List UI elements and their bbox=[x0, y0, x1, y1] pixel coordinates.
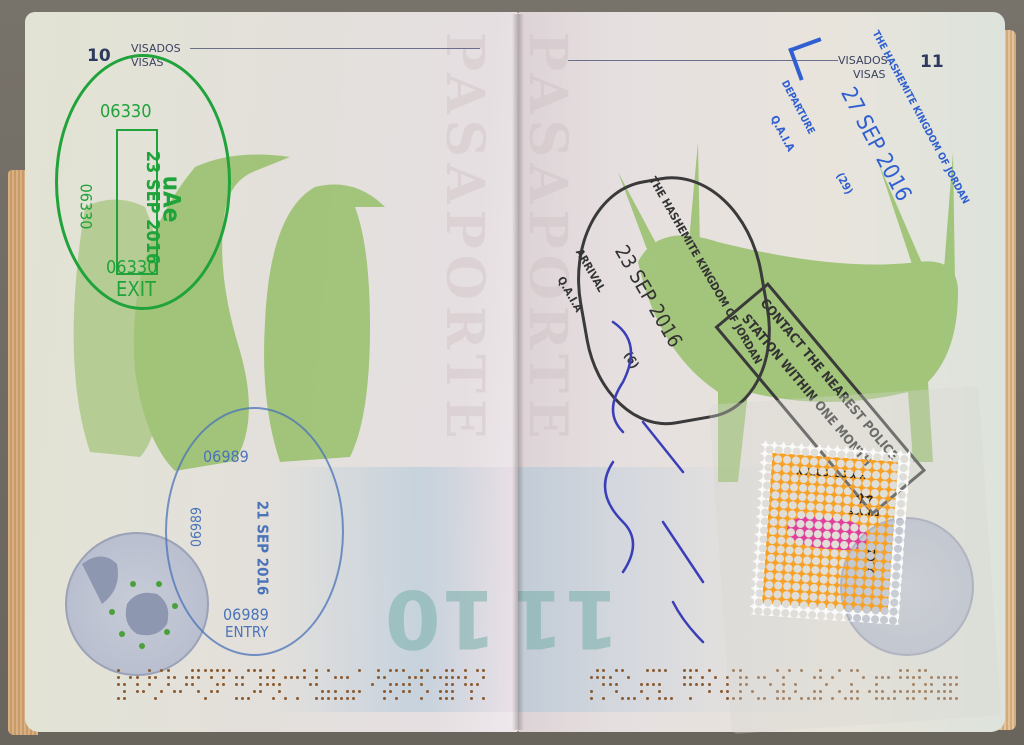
perforation-dot bbox=[420, 683, 423, 686]
perforation-dot bbox=[640, 690, 643, 693]
perforation-dot bbox=[216, 669, 219, 672]
perforation-dot bbox=[658, 697, 661, 700]
perforation-dot bbox=[321, 690, 324, 693]
perforation-dot bbox=[235, 683, 238, 686]
perforation-dot bbox=[402, 683, 405, 686]
perforation-dot bbox=[315, 683, 318, 686]
perforation-dot bbox=[590, 676, 593, 679]
perforation-dot bbox=[241, 683, 244, 686]
perforation-dot bbox=[476, 683, 479, 686]
perforation-dot bbox=[303, 676, 306, 679]
perforation-dot bbox=[321, 697, 324, 700]
perforation-dot bbox=[439, 697, 442, 700]
perforation-dot bbox=[173, 690, 176, 693]
perforation-dot bbox=[457, 676, 460, 679]
perforation-dot bbox=[482, 697, 485, 700]
perforation-dot bbox=[377, 676, 380, 679]
perforation-dot bbox=[179, 690, 182, 693]
perforation-dot bbox=[596, 676, 599, 679]
perforation-dot bbox=[197, 690, 200, 693]
perforation-dot bbox=[272, 676, 275, 679]
perforation-dot bbox=[689, 683, 692, 686]
perforation-dot bbox=[470, 697, 473, 700]
perforation-dot bbox=[658, 683, 661, 686]
perforation-dot bbox=[464, 669, 467, 672]
perforation-dot bbox=[420, 676, 423, 679]
perforation-dot bbox=[259, 690, 262, 693]
perforation-dot bbox=[701, 683, 704, 686]
page-background-number: 10 bbox=[385, 572, 496, 665]
jordan-departure-stamp: THE HASHEMITE KINGDOM OF JORDAN 27 SEP 2… bbox=[773, 42, 973, 242]
perforation-dot bbox=[117, 697, 120, 700]
perforation-dot bbox=[296, 676, 299, 679]
perforation-dot bbox=[383, 697, 386, 700]
perforation-dot bbox=[346, 690, 349, 693]
perforation-dot bbox=[228, 669, 231, 672]
perforation-dot bbox=[652, 683, 655, 686]
perforation-dot bbox=[315, 669, 318, 672]
perforation-dot bbox=[136, 683, 139, 686]
perforation-dot bbox=[389, 683, 392, 686]
perforation-dot bbox=[191, 676, 194, 679]
perforation-dot bbox=[117, 676, 120, 679]
perforation-dot bbox=[154, 676, 157, 679]
perforation-dot bbox=[154, 697, 157, 700]
perforation-dot bbox=[340, 697, 343, 700]
perforation-dot bbox=[426, 690, 429, 693]
perforation-dot bbox=[247, 669, 250, 672]
uae-entry-stamp: 06989 21 SEP 2016 06989 06989 ENTRY bbox=[165, 407, 344, 656]
perforation-dot bbox=[303, 669, 306, 672]
perforation-dot bbox=[420, 697, 423, 700]
perforation-dot bbox=[148, 676, 151, 679]
perforation-dot bbox=[210, 676, 213, 679]
left-visa-page: PASAPORTE 10 VISADOS VISAS 10 06330 23 S… bbox=[25, 12, 518, 732]
perforation-dot bbox=[284, 697, 287, 700]
perforation-dot bbox=[395, 697, 398, 700]
perforation-dot bbox=[123, 690, 126, 693]
perforation-dot bbox=[327, 697, 330, 700]
perforation-dot bbox=[408, 690, 411, 693]
perforation-dot bbox=[185, 676, 188, 679]
perforation-dot bbox=[142, 690, 145, 693]
perforation-dot bbox=[445, 697, 448, 700]
perforation-dot bbox=[253, 690, 256, 693]
perforation-dot bbox=[389, 669, 392, 672]
perforation-dot bbox=[123, 683, 126, 686]
perforation-dot bbox=[358, 669, 361, 672]
perforation-dot bbox=[247, 697, 250, 700]
perforation-dot bbox=[627, 697, 630, 700]
passport-spine bbox=[512, 14, 524, 730]
perforation-dot bbox=[272, 697, 275, 700]
perforation-dot bbox=[464, 676, 467, 679]
perforation-dot bbox=[222, 669, 225, 672]
perforation-dot bbox=[241, 697, 244, 700]
perforation-dot bbox=[235, 676, 238, 679]
perforation-dot bbox=[117, 683, 120, 686]
perforation-dot bbox=[296, 697, 299, 700]
perforation-dot bbox=[633, 697, 636, 700]
perforation-dot bbox=[627, 676, 630, 679]
perforation-dot bbox=[402, 690, 405, 693]
stamp-value: 40 bbox=[855, 489, 874, 506]
perforation-dot bbox=[664, 697, 667, 700]
perforation-dot bbox=[191, 683, 194, 686]
perforation-dot bbox=[389, 690, 392, 693]
perforation-dot bbox=[167, 676, 170, 679]
handwritten-signature bbox=[583, 302, 733, 672]
perforation-dot bbox=[266, 676, 269, 679]
perforation-dot bbox=[204, 669, 207, 672]
perforation-dot bbox=[358, 690, 361, 693]
perforation-dot bbox=[352, 697, 355, 700]
perforation-dot bbox=[470, 690, 473, 693]
perforation-dot bbox=[185, 683, 188, 686]
perforation-dot bbox=[640, 683, 643, 686]
perforation-dot bbox=[464, 683, 467, 686]
perforation-dot bbox=[408, 683, 411, 686]
perforation-dot bbox=[602, 697, 605, 700]
perforation-dot bbox=[383, 676, 386, 679]
perforation-dot bbox=[714, 676, 717, 679]
uae-exit-stamp: 06330 23 SEP 2016 uAe 06330 06330 EXIT bbox=[55, 54, 231, 310]
page-number: 10 bbox=[87, 46, 111, 66]
perforated-passport-number bbox=[115, 667, 486, 702]
perforation-dot bbox=[395, 683, 398, 686]
perforation-dot bbox=[327, 690, 330, 693]
perforation-dot bbox=[482, 669, 485, 672]
perforation-dot bbox=[129, 676, 132, 679]
perforation-dot bbox=[148, 669, 151, 672]
perforation-dot bbox=[670, 697, 673, 700]
perforation-dot bbox=[346, 697, 349, 700]
stamp-face: H.K OF JORDAN 40 DINARS 2014 bbox=[762, 453, 898, 612]
perforation-dot bbox=[253, 669, 256, 672]
perforation-dot bbox=[451, 683, 454, 686]
perforation-dot bbox=[602, 683, 605, 686]
perforation-dot bbox=[646, 683, 649, 686]
perforation-dot bbox=[160, 669, 163, 672]
perforation-dot bbox=[445, 676, 448, 679]
perforation-dot bbox=[451, 676, 454, 679]
perforation-dot bbox=[167, 669, 170, 672]
perforation-dot bbox=[315, 676, 318, 679]
perforation-dot bbox=[451, 690, 454, 693]
perforation-dot bbox=[470, 683, 473, 686]
perforation-dot bbox=[148, 683, 151, 686]
perforation-dot bbox=[701, 676, 704, 679]
perforation-dot bbox=[445, 690, 448, 693]
perforation-dot bbox=[266, 683, 269, 686]
perforation-dot bbox=[615, 690, 618, 693]
stamp-unit: DINARS bbox=[848, 506, 880, 517]
perforation-dot bbox=[683, 683, 686, 686]
perforation-dot bbox=[241, 676, 244, 679]
perforation-dot bbox=[352, 690, 355, 693]
perforation-dot bbox=[658, 690, 661, 693]
perforation-dot bbox=[621, 697, 624, 700]
perforation-dot bbox=[476, 669, 479, 672]
perforation-dot bbox=[433, 676, 436, 679]
perforation-dot bbox=[334, 697, 337, 700]
perforation-dot bbox=[689, 697, 692, 700]
perforation-dot bbox=[646, 697, 649, 700]
header-rule bbox=[190, 48, 480, 49]
perforation-dot bbox=[395, 669, 398, 672]
perforation-dot bbox=[439, 690, 442, 693]
perforation-dot bbox=[278, 690, 281, 693]
page-watermark: PASAPORTE bbox=[434, 32, 495, 445]
stamp-artwork bbox=[786, 514, 868, 552]
perforation-dot bbox=[426, 669, 429, 672]
perforation-dot bbox=[278, 683, 281, 686]
perforation-dot bbox=[439, 676, 442, 679]
perforation-dot bbox=[414, 676, 417, 679]
perforation-dot bbox=[204, 697, 207, 700]
perforation-dot bbox=[708, 690, 711, 693]
perforation-dot bbox=[451, 697, 454, 700]
stamp-corner bbox=[788, 37, 832, 81]
perforation-dot bbox=[117, 669, 120, 672]
perforation-dot bbox=[173, 676, 176, 679]
perforation-dot bbox=[284, 676, 287, 679]
perforation-dot bbox=[371, 683, 374, 686]
perforation-dot bbox=[402, 669, 405, 672]
perforation-dot bbox=[136, 676, 139, 679]
perforation-dot bbox=[123, 697, 126, 700]
perforation-dot bbox=[609, 676, 612, 679]
perforation-dot bbox=[695, 683, 698, 686]
perforation-dot bbox=[451, 669, 454, 672]
perforation-dot bbox=[216, 683, 219, 686]
perforation-dot bbox=[197, 676, 200, 679]
perforation-dot bbox=[383, 690, 386, 693]
stamp-country: H.K OF JORDAN bbox=[796, 465, 867, 480]
perforation-dot bbox=[420, 669, 423, 672]
perforation-dot bbox=[222, 676, 225, 679]
perforation-dot bbox=[602, 676, 605, 679]
perforation-dot bbox=[340, 676, 343, 679]
perforation-dot bbox=[615, 683, 618, 686]
perforation-dot bbox=[160, 690, 163, 693]
perforation-dot bbox=[315, 697, 318, 700]
perforation-dot bbox=[191, 669, 194, 672]
perforation-dot bbox=[136, 690, 139, 693]
perforation-dot bbox=[259, 676, 262, 679]
perforation-dot bbox=[334, 690, 337, 693]
perforation-dot bbox=[445, 683, 448, 686]
perforation-dot bbox=[210, 690, 213, 693]
perforation-dot bbox=[482, 676, 485, 679]
perforation-dot bbox=[272, 683, 275, 686]
perforation-dot bbox=[259, 669, 262, 672]
perforation-dot bbox=[327, 669, 330, 672]
perforation-dot bbox=[408, 676, 411, 679]
perforation-dot bbox=[309, 683, 312, 686]
perforation-dot bbox=[290, 676, 293, 679]
perforation-dot bbox=[222, 683, 225, 686]
jordan-revenue-stamp: H.K OF JORDAN 40 DINARS 2014 bbox=[749, 440, 911, 625]
perforation-dot bbox=[689, 676, 692, 679]
perforation-dot bbox=[167, 683, 170, 686]
stamp-year: 2014 bbox=[863, 548, 876, 574]
perforation-dot bbox=[235, 697, 238, 700]
perforation-dot bbox=[210, 669, 213, 672]
page-watermark: PASAPORTE bbox=[518, 32, 578, 445]
perforation-dot bbox=[197, 669, 200, 672]
perforation-dot bbox=[259, 683, 262, 686]
perforation-dot bbox=[720, 690, 723, 693]
perforation-dot bbox=[272, 669, 275, 672]
perforation-dot bbox=[708, 683, 711, 686]
perforation-dot bbox=[377, 669, 380, 672]
perforation-dot bbox=[590, 690, 593, 693]
perforation-dot bbox=[609, 683, 612, 686]
perforation-dot bbox=[445, 669, 448, 672]
perforation-dot bbox=[590, 697, 593, 700]
perforation-dot bbox=[334, 676, 337, 679]
perforation-dot bbox=[216, 690, 219, 693]
perforation-dot bbox=[683, 676, 686, 679]
perforation-dot bbox=[346, 676, 349, 679]
